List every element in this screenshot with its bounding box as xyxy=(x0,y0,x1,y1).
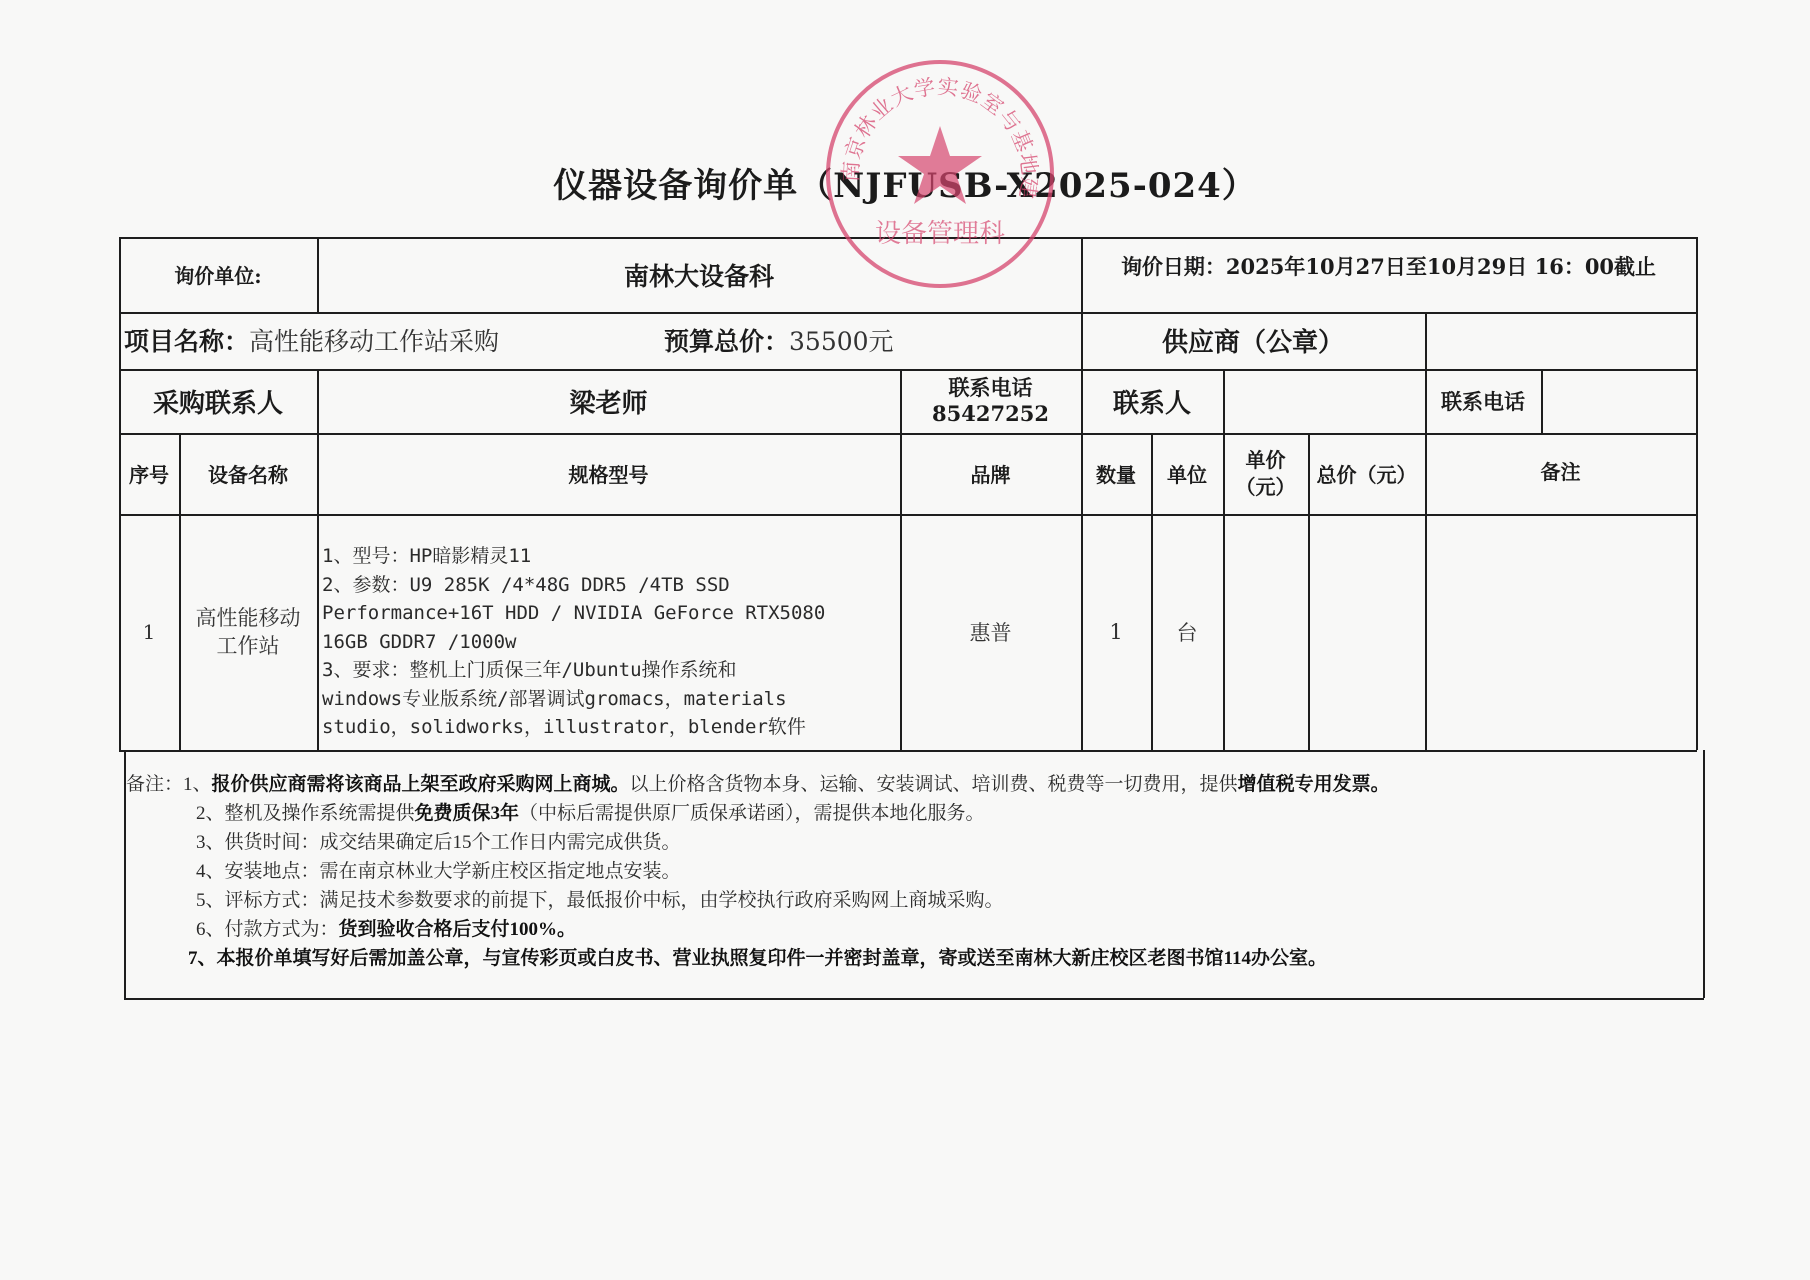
item-spec: 1、型号：HP暗影精灵11 2、参数：U9 285K /4*48G DDR5 /… xyxy=(322,542,897,742)
col-header-brand: 品牌 xyxy=(900,433,1081,514)
project-name-label: 项目名称： xyxy=(124,327,249,356)
item-quantity: 1 xyxy=(1081,514,1151,750)
spec-line: 2、参数：U9 285K /4*48G DDR5 /4TB SSD xyxy=(322,571,897,600)
col-header-unit: 单位 xyxy=(1151,433,1223,514)
supplier-contact-field[interactable] xyxy=(1223,369,1425,433)
spec-line: 16GB GDDR7 /1000w xyxy=(322,628,897,657)
buyer-contact-value: 梁老师 xyxy=(317,369,900,433)
item-seq: 1 xyxy=(119,514,179,750)
item-unit: 台 xyxy=(1151,514,1223,750)
note-6: 6、付款方式为：货到验收合格后支付100%。 xyxy=(126,915,1686,944)
unit-price-label-line2: （元） xyxy=(1236,474,1296,501)
col-header-total-price: 总价（元） xyxy=(1308,433,1425,514)
col-header-remarks: 备注 xyxy=(1425,433,1696,508)
buyer-contact-label: 采购联系人 xyxy=(119,369,317,433)
col-header-unit-price: 单价 （元） xyxy=(1223,433,1308,514)
note-3: 3、供货时间：成交结果确定后15个工作日内需完成供货。 xyxy=(126,828,1686,857)
item-total-price-field[interactable] xyxy=(1308,514,1425,750)
item-name: 高性能移动 工作站 xyxy=(179,514,317,750)
budget-value: 35500元 xyxy=(789,327,894,356)
notes-label: 备注： xyxy=(126,774,183,795)
note-1: 备注：1、报价供应商需将该商品上架至政府采购网上商城。以上价格含货物本身、运输、… xyxy=(126,770,1686,799)
supplier-seal-label: 供应商（公章） xyxy=(1081,312,1425,369)
notes-section: 备注：1、报价供应商需将该商品上架至政府采购网上商城。以上价格含货物本身、运输、… xyxy=(126,770,1686,973)
item-unit-price-field[interactable] xyxy=(1223,514,1308,750)
item-brand: 惠普 xyxy=(900,514,1081,750)
col-header-seq: 序号 xyxy=(119,433,179,514)
item-name-line2: 工作站 xyxy=(217,632,280,660)
supplier-contact-label: 联系人 xyxy=(1081,369,1223,433)
inquiry-date: 询价日期：2025年10月27日至10月29日 16：00截止 xyxy=(1081,237,1696,295)
col-header-quantity: 数量 xyxy=(1081,433,1151,514)
item-remarks-field[interactable] xyxy=(1425,514,1696,750)
spec-line: studio，solidworks，illustrator，blender软件 xyxy=(322,713,897,742)
inquiry-unit-label: 询价单位: xyxy=(119,237,317,312)
col-header-spec: 规格型号 xyxy=(317,433,900,514)
spec-line: windows专业版系统/部署调试gromacs，materials xyxy=(322,685,897,714)
col-header-name: 设备名称 xyxy=(179,433,317,514)
spec-line: 1、型号：HP暗影精灵11 xyxy=(322,542,897,571)
inquiry-unit-value: 南林大设备科 xyxy=(317,237,1081,312)
note-4: 4、安装地点：需在南京林业大学新庄校区指定地点安装。 xyxy=(126,857,1686,886)
note-2: 2、整机及操作系统需提供免费质保3年（中标后需提供原厂质保承诺函），需提供本地化… xyxy=(126,799,1686,828)
buyer-phone-label: 联系电话 xyxy=(949,375,1033,401)
buyer-phone-cell: 联系电话 85427252 xyxy=(900,369,1081,433)
budget-label: 预算总价： xyxy=(664,327,789,356)
item-name-line1: 高性能移动 xyxy=(196,604,301,632)
project-name-value: 高性能移动工作站采购 xyxy=(249,327,499,356)
note-7: 7、本报价单填写好后需加盖公章，与宣传彩页或白皮书、营业执照复印件一并密封盖章，… xyxy=(126,944,1686,973)
supplier-phone-field[interactable] xyxy=(1541,369,1696,433)
buyer-phone-value: 85427252 xyxy=(932,401,1049,427)
note-5: 5、评标方式：满足技术参数要求的前提下，最低报价中标，由学校执行政府采购网上商城… xyxy=(126,886,1686,915)
spec-line: 3、要求：整机上门质保三年/Ubuntu操作系统和 xyxy=(322,656,897,685)
supplier-phone-label: 联系电话 xyxy=(1425,369,1541,433)
unit-price-label-line1: 单价 xyxy=(1246,447,1286,474)
document-title: 仪器设备询价单（NJFUSB-X2025-024） xyxy=(0,158,1810,207)
spec-line: Performance+16T HDD / NVIDIA GeForce RTX… xyxy=(322,599,897,628)
supplier-seal-field[interactable] xyxy=(1425,312,1696,369)
budget-field: 预算总价：35500元 xyxy=(664,322,894,358)
project-name-field: 项目名称：高性能移动工作站采购 xyxy=(124,322,499,358)
